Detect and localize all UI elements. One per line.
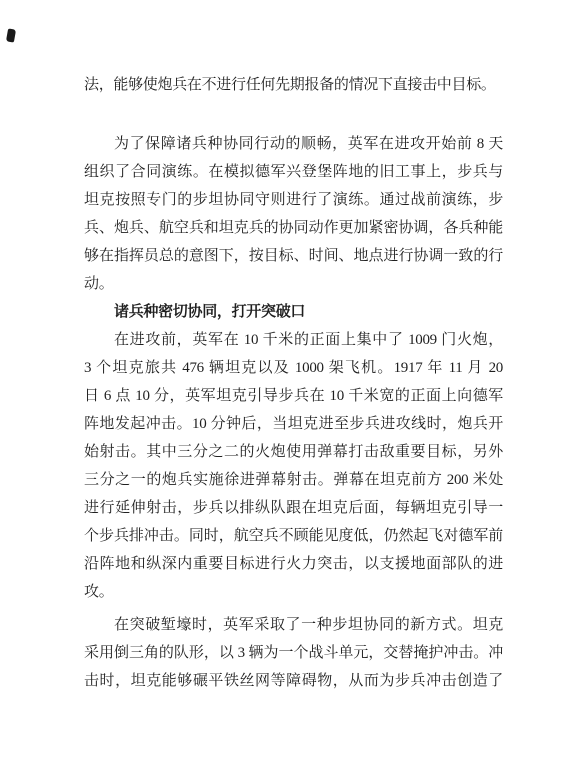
section-heading: 诸兵种密切协同，打开突破口 — [84, 298, 503, 326]
text-line: 三分之一的炮兵实施徐进弹幕射击。弹幕在坦克前方 200 米处 — [84, 466, 503, 494]
text-line: 进行延伸射击，步兵以排纵队跟在坦克后面，每辆坦克引导一 — [84, 494, 503, 522]
text-line: 法，能够使炮兵在不进行任何先期报备的情况下直接击中目标。 — [84, 71, 503, 99]
text-line: 动。 — [84, 270, 503, 298]
paragraph: 在进攻前，英军在 10 千米的正面上集中了 1009 门火炮，3 个坦克旅共 4… — [84, 326, 503, 606]
text-line: 3 个坦克旅共 476 辆坦克以及 1000 架飞机。1917 年 11 月 2… — [84, 354, 503, 382]
text-line: 阵地发起冲击。10 分钟后，当坦克进至步兵进攻线时，炮兵开 — [84, 410, 503, 438]
text-line: 攻。 — [84, 578, 503, 606]
heading-line: 诸兵种密切协同，打开突破口 — [84, 298, 503, 326]
text-line: 始射击。其中三分之二的火炮使用弹幕打击敌重要目标，另外 — [84, 438, 503, 466]
paragraph: 为了保障诸兵种协同行动的顺畅，英军在进攻开始前 8 天组织了合同演练。在模拟德军… — [84, 130, 503, 298]
ink-speck-artifact — [6, 28, 16, 42]
paragraph: 法，能够使炮兵在不进行任何先期报备的情况下直接击中目标。 — [84, 71, 503, 99]
text-line: 够在指挥员总的意图下，按目标、时间、地点进行协调一致的行 — [84, 242, 503, 270]
text-line: 坦克按照专门的步坦协同守则进行了演练。通过战前演练，步 — [84, 186, 503, 214]
text-line: 在突破堑壕时，英军采取了一种步坦协同的新方式。坦克 — [84, 611, 503, 639]
text-line: 沿阵地和纵深内重要目标进行火力突击，以支援地面部队的进 — [84, 550, 503, 578]
text-line: 为了保障诸兵种协同行动的顺畅，英军在进攻开始前 8 天 — [84, 130, 503, 158]
book-page: 法，能够使炮兵在不进行任何先期报备的情况下直接击中目标。为了保障诸兵种协同行动的… — [0, 0, 586, 759]
text-line: 兵、炮兵、航空兵和坦克兵的协同动作更加紧密协调，各兵种能 — [84, 214, 503, 242]
text-line: 在进攻前，英军在 10 千米的正面上集中了 1009 门火炮， — [84, 326, 503, 354]
text-line: 击时，坦克能够碾平铁丝网等障碍物，从而为步兵冲击创造了 — [84, 667, 503, 695]
text-line: 组织了合同演练。在模拟德军兴登堡阵地的旧工事上，步兵与 — [84, 158, 503, 186]
document-text: 法，能够使炮兵在不进行任何先期报备的情况下直接击中目标。为了保障诸兵种协同行动的… — [84, 71, 503, 695]
text-line: 个步兵排冲击。同时，航空兵不顾能见度低，仍然起飞对德军前 — [84, 522, 503, 550]
text-line: 日 6 点 10 分，英军坦克引导步兵在 10 千米宽的正面上向德军 — [84, 382, 503, 410]
paragraph: 在突破堑壕时，英军采取了一种步坦协同的新方式。坦克采用倒三角的队形，以 3 辆为… — [84, 611, 503, 695]
text-line: 采用倒三角的队形，以 3 辆为一个战斗单元，交替掩护冲击。冲 — [84, 639, 503, 667]
